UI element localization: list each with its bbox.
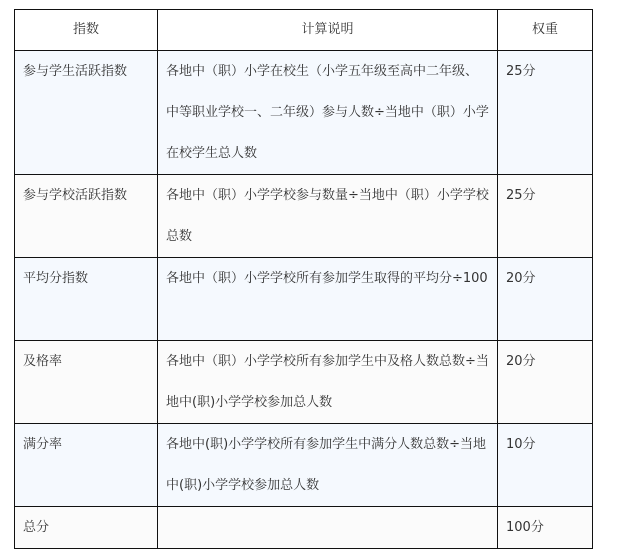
cell-weight: 25分 [498,175,593,258]
header-weight: 权重 [498,10,593,51]
table-header-row: 指数 计算说明 权重 [15,10,593,51]
cell-weight: 20分 [498,258,593,341]
cell-weight: 25分 [498,51,593,175]
cell-weight: 100分 [498,507,593,549]
table-row: 满分率 各地中(职)小学学校所有参加学生中满分人数总数÷当地中(职)小学学校参加… [15,424,593,507]
cell-index: 及格率 [15,341,158,424]
cell-index: 参与学生活跃指数 [15,51,158,175]
header-description: 计算说明 [158,10,498,51]
table-row: 参与学生活跃指数 各地中（职）小学在校生（小学五年级至高中二年级、中等职业学校一… [15,51,593,175]
cell-weight: 10分 [498,424,593,507]
cell-description: 各地中（职）小学学校所有参加学生取得的平均分÷100 [158,258,498,341]
cell-description [158,507,498,549]
cell-description: 各地中（职）小学学校所有参加学生中及格人数总数÷当地中(职)小学学校参加总人数 [158,341,498,424]
table-row: 平均分指数 各地中（职）小学学校所有参加学生取得的平均分÷100 20分 [15,258,593,341]
cell-weight: 20分 [498,341,593,424]
cell-index: 参与学校活跃指数 [15,175,158,258]
cell-index: 满分率 [15,424,158,507]
table-container: 指数 计算说明 权重 参与学生活跃指数 各地中（职）小学在校生（小学五年级至高中… [14,9,593,549]
score-index-table: 指数 计算说明 权重 参与学生活跃指数 各地中（职）小学在校生（小学五年级至高中… [14,9,593,549]
table-row: 参与学校活跃指数 各地中（职）小学学校参与数量÷当地中（职）小学学校总数 25分 [15,175,593,258]
cell-description: 各地中（职）小学学校参与数量÷当地中（职）小学学校总数 [158,175,498,258]
cell-description: 各地中（职）小学在校生（小学五年级至高中二年级、中等职业学校一、二年级）参与人数… [158,51,498,175]
table-row: 及格率 各地中（职）小学学校所有参加学生中及格人数总数÷当地中(职)小学学校参加… [15,341,593,424]
table-row-total: 总分 100分 [15,507,593,549]
cell-description: 各地中(职)小学学校所有参加学生中满分人数总数÷当地中(职)小学学校参加总人数 [158,424,498,507]
cell-index: 平均分指数 [15,258,158,341]
cell-index: 总分 [15,507,158,549]
header-index: 指数 [15,10,158,51]
